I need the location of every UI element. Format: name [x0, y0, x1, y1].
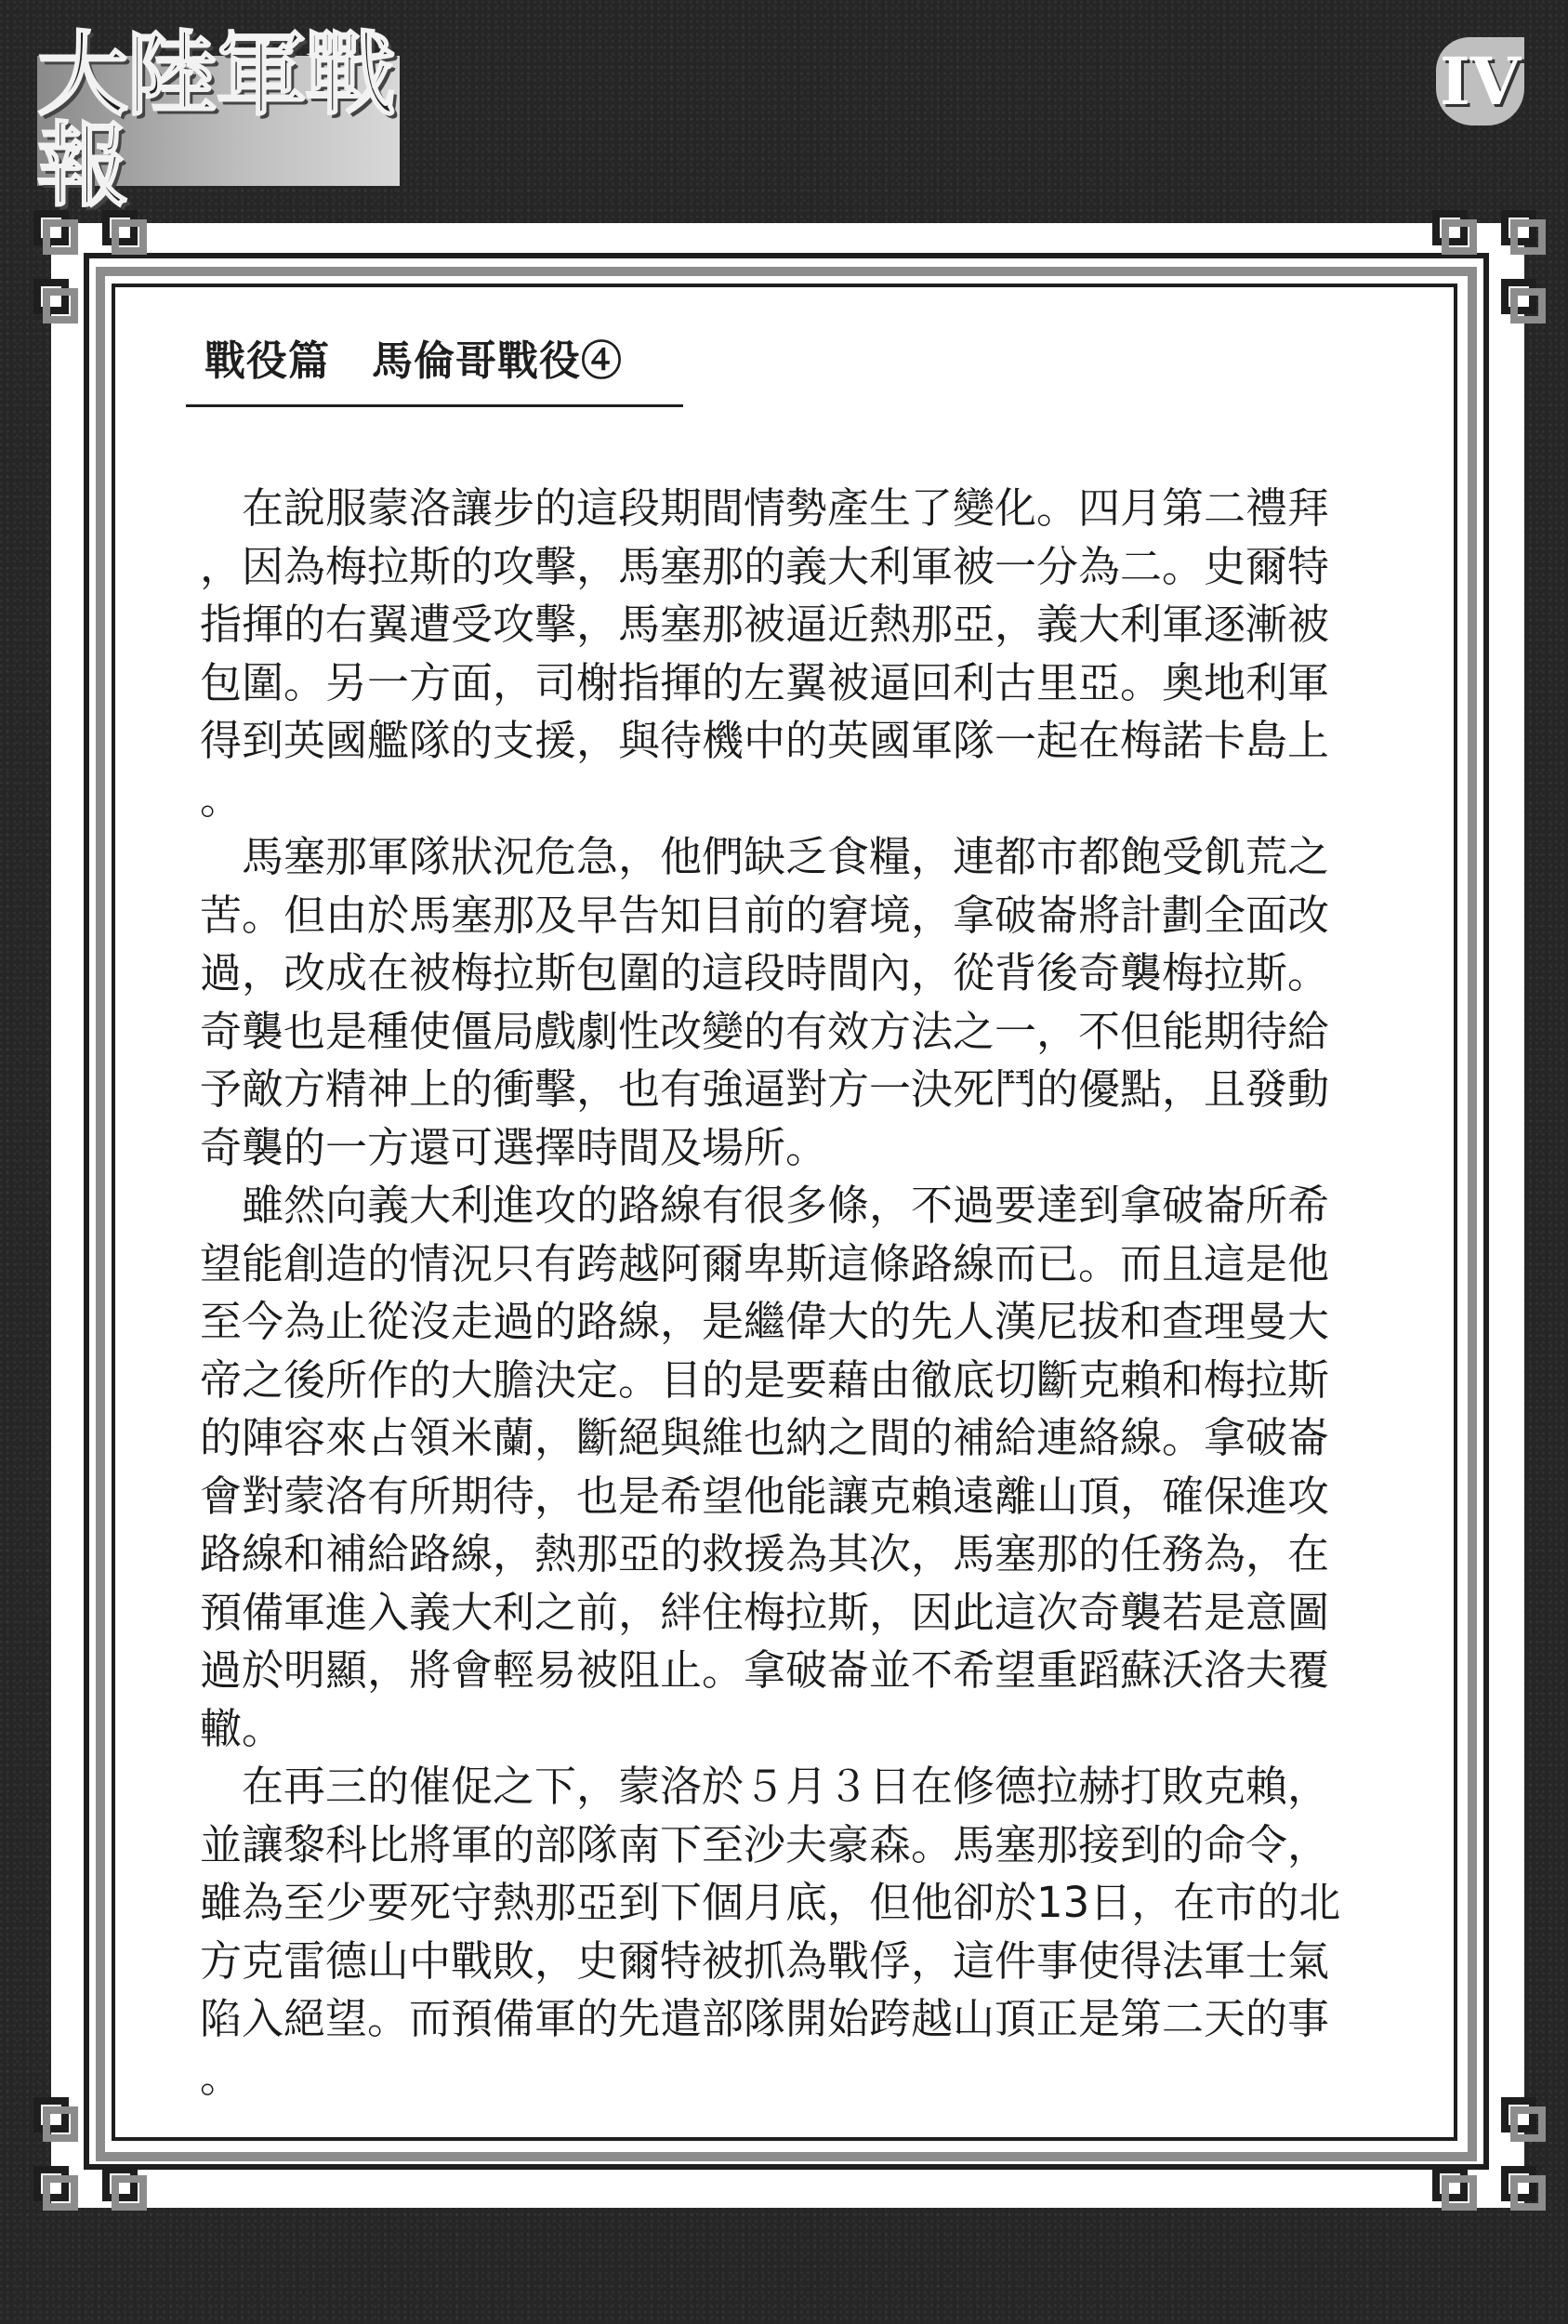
article-subtitle: 戰役篇 馬倫哥戰役④	[200, 335, 1399, 388]
text-line: 過於明顯，將會輕易被阻止。拿破崙並不希望重蹈蘇沃洛夫覆	[200, 1642, 1399, 1700]
text-line: 望能創造的情況只有跨越阿爾卑斯這條路線而已。而且這是他	[200, 1235, 1399, 1294]
text-line: 苦。但由於馬塞那及早告知目前的窘境，拿破崙將計劃全面改	[200, 887, 1399, 945]
corner-ornament-bottom-left	[28, 2092, 139, 2203]
page-title: 大陸軍戰報	[37, 30, 400, 212]
text-line: ，因為梅拉斯的攻擊，馬塞那的義大利軍被一分為二。史爾特	[200, 538, 1399, 597]
corner-ornament-bottom-right	[1427, 2092, 1538, 2203]
text-line: 包圍。另一方面，司榭指揮的左翼被逼回利古里亞。奧地利軍	[200, 654, 1399, 713]
text-line: 雖然向義大利進攻的路線有很多條，不過要達到拿破崙所希	[200, 1177, 1399, 1235]
text-line: 奇襲也是種使僵局戲劇性改變的有效方法之一，不但能期待給	[200, 1003, 1399, 1062]
volume-badge: IV	[1436, 37, 1524, 125]
article-body: 在說服蒙洛讓步的這段期間情勢產生了變化。四月第二禮拜 ，因為梅拉斯的攻擊，馬塞那…	[200, 480, 1399, 2106]
text-line: 。	[200, 2049, 1399, 2107]
text-line: 。	[200, 771, 1399, 829]
text-line: 預備軍進入義大利之前，絆住梅拉斯，因此這次奇襲若是意圖	[200, 1584, 1399, 1643]
text-line: 馬塞那軍隊狀況危急，他們缺乏食糧，連都市都飽受飢荒之	[200, 828, 1399, 887]
text-line: 並讓黎科比將軍的部隊南下至沙夫豪森。馬塞那接到的命令，	[200, 1816, 1399, 1875]
text-line: 雖為至少要死守熱那亞到下個月底，但他卻於13日，在市的北	[200, 1874, 1399, 1933]
corner-ornament-top-right	[1427, 205, 1538, 316]
text-line: 至今為止從沒走過的路線，是繼偉大的先人漢尼拔和查理曼大	[200, 1293, 1399, 1352]
text-line: 在再三的催促之下，蒙洛於５月３日在修德拉赫打敗克賴，	[200, 1758, 1399, 1816]
text-line: 指揮的右翼遭受攻擊，馬塞那被逼近熱那亞，義大利軍逐漸被	[200, 596, 1399, 654]
text-line: 陷入絕望。而預備軍的先遣部隊開始跨越山頂正是第二天的事	[200, 1990, 1399, 2049]
article: 戰役篇 馬倫哥戰役④ 在說服蒙洛讓步的這段期間情勢產生了變化。四月第二禮拜 ，因…	[200, 335, 1399, 2106]
text-line: 帝之後所作的大膽決定。目的是要藉由徹底切斷克賴和梅拉斯	[200, 1352, 1399, 1410]
text-line: 路線和補給路線，熱那亞的救援為其次，馬塞那的任務為，在	[200, 1525, 1399, 1584]
text-line: 得到英國艦隊的支援，與待機中的英國軍隊一起在梅諾卡島上	[200, 712, 1399, 771]
text-line: 在說服蒙洛讓步的這段期間情勢產生了變化。四月第二禮拜	[200, 480, 1399, 538]
text-line: 過，改成在被梅拉斯包圍的這段時間內，從背後奇襲梅拉斯。	[200, 944, 1399, 1003]
text-line: 方克雷德山中戰敗，史爾特被抓為戰俘，這件事使得法軍士氣	[200, 1933, 1399, 1991]
corner-ornament-top-left	[28, 205, 139, 316]
subtitle-underline	[186, 404, 683, 407]
text-line: 會對蒙洛有所期待，也是希望他能讓克賴遠離山頂，確保進攻	[200, 1468, 1399, 1526]
text-line: 奇襲的一方還可選擇時間及場所。	[200, 1119, 1399, 1178]
text-line: 的陣容來占領米蘭，斷絕與維也納之間的補給連絡線。拿破崙	[200, 1409, 1399, 1468]
volume-number: IV	[1440, 49, 1521, 114]
text-line: 轍。	[200, 1700, 1399, 1759]
title-plaque: 大陸軍戰報	[37, 56, 400, 186]
text-line: 予敵方精神上的衝擊，也有強逼對方一決死鬥的優點，且發動	[200, 1061, 1399, 1119]
